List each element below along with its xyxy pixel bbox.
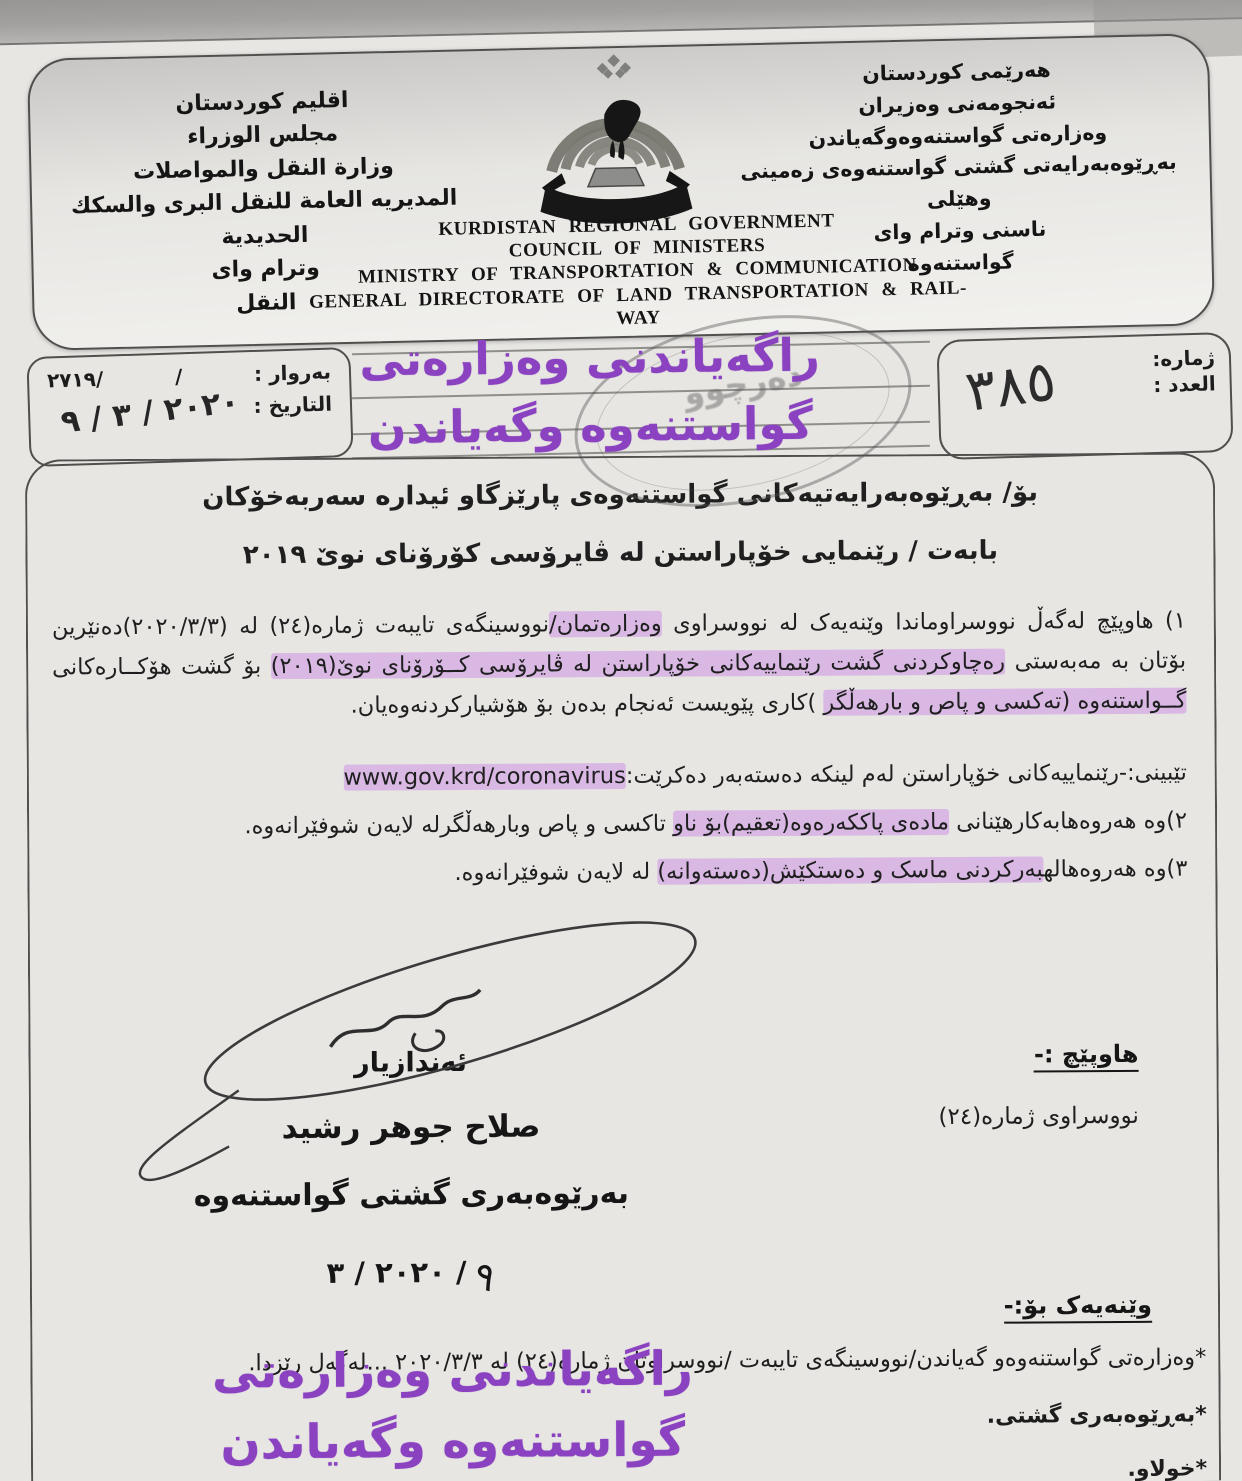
text-segment: ٢)وه هەروەهابەکارهێنانی	[949, 808, 1187, 835]
text-segment: ٣)وه هەروەهاله	[1043, 856, 1187, 883]
text-segment: تێبینی:-رێنماییەکانی خۆپاراستن لەم لینکه…	[626, 760, 1187, 789]
handwritten-date-value: ٢٠٢٠ / ٣ / ٩	[59, 384, 241, 441]
text-segment: گــواستنەوه (تەکسی و پاص و بارهەڵگر	[823, 688, 1186, 716]
letterhead-box: اقليم كوردستان مجلس الوزراء وزارة النقل …	[27, 33, 1215, 351]
purple-watermark-bottom: راگەیاندنی وەزارەتی گواستنەوه وگەیاندن	[152, 1334, 753, 1479]
text-segment: له لایەن شوفێرانەوه.	[454, 859, 657, 886]
text-segment: مادەی پاککەرەوه(تعقیم)بۆ ناو	[673, 809, 949, 837]
signature-date-handwritten-day: ٩	[469, 1253, 501, 1301]
signature-date-printed: ٢٠٢٠ / ٣ /	[326, 1255, 466, 1290]
text-segment: بۆ گشت هۆکــارەکانی	[52, 653, 271, 680]
item-3: ٣)وه هەروەهالهبەرکردنی ماسک و دەستکێش(دە…	[53, 849, 1187, 896]
paragraph-1: ١) هاوپێچ لەگەڵ نووسراوماندا وێنەیەک له …	[52, 601, 1187, 728]
attachment-value: نووسراوی ژماره(٢٤)	[938, 1103, 1139, 1130]
kurdistan-eagle-emblem: KURDISTAN REGIONAL GOVERNMENT	[531, 50, 699, 226]
subject-line: بابەت / رێنمایی خۆپاراستن له ڤایرۆسی کۆر…	[27, 534, 1213, 571]
handwritten-number-value: ٣٨٥	[962, 348, 1060, 424]
text-segment: بەرکردنی ماسک و دەستکێش(دەستەوانه)	[657, 856, 1043, 884]
ribbon-text: KURDISTAN REGIONAL GOVERNMENT	[531, 50, 537, 56]
watermark-line: راگەیاندنی وەزارەتی	[299, 321, 880, 395]
text-segment: ١) هاوپێچ لەگەڵ نووسراوماندا وێنەیەک له …	[662, 608, 1186, 637]
signature-scribble	[110, 909, 772, 1193]
coronavirus-url: www.gov.krd/coronavirus	[343, 763, 625, 791]
text-segment: وەزارەتمان/	[549, 611, 662, 638]
text-segment: تاکسی و پاص وبارهەڵگرله لایەن شوفێرانەوه…	[244, 811, 673, 840]
scanned-official-letter: اقليم كوردستان مجلس الوزراء وزارة النقل …	[0, 0, 1242, 1481]
letterhead-english-block: KURDISTAN REGIONAL GOVERNMENT COUNCIL OF…	[266, 206, 1008, 338]
copies-label-text: وێنەیەک بۆ:-	[1004, 1291, 1153, 1324]
text-segment: رەچاوکردنی گشت رێنماییەکانی خۆپاراستن له…	[271, 649, 1006, 679]
eagle-tail	[588, 168, 644, 187]
purple-watermark-top: راگەیاندنی وەزارەتی گواستنەوه وگەیاندن	[299, 321, 880, 462]
sun-icon	[596, 54, 631, 79]
date-slash: /	[175, 364, 183, 388]
watermark-line: راگەیاندنی وەزارەتی	[152, 1334, 752, 1408]
signature-date: ٢٠٢٠ / ٣ / ٩	[257, 1246, 567, 1292]
svg-text:KURDISTAN REGIONAL GOVERNMENT: KURDISTAN REGIONAL GOVERNMENT	[531, 50, 537, 56]
attachment-label: هاوپێچ :-	[1034, 1040, 1139, 1069]
number-label-kurdish: ژماره:	[1152, 344, 1215, 372]
item-2: ٢)وه هەروەهابەکارهێنانی مادەی پاککەرەوه(…	[53, 801, 1187, 848]
number-label-arabic: العدد :	[1153, 370, 1216, 398]
copies-label: وێنەیەک بۆ:-	[1004, 1291, 1153, 1320]
attachment-label-text: هاوپێچ :-	[1034, 1040, 1139, 1073]
watermark-line: گواستنەوه وگەیاندن	[300, 388, 881, 462]
date-typed-number: ٢٧١٩/	[47, 367, 104, 393]
note-line-with-url: تێبینی:-رێنماییەکانی خۆپاراستن لەم لینکه…	[53, 753, 1187, 800]
watermark-line: گواستنەوه وگەیاندن	[153, 1405, 753, 1479]
text-segment: )کاری پێویست ئەنجام بدەن بۆ هۆشیارکردنەو…	[351, 690, 824, 719]
ref-number-box: ژماره: العدد : ٣٨٥	[936, 332, 1233, 460]
letter-body-box: بۆ/ بەڕێوەبەرایەتیەکانی گواستنەوەی پارێز…	[25, 452, 1221, 1481]
